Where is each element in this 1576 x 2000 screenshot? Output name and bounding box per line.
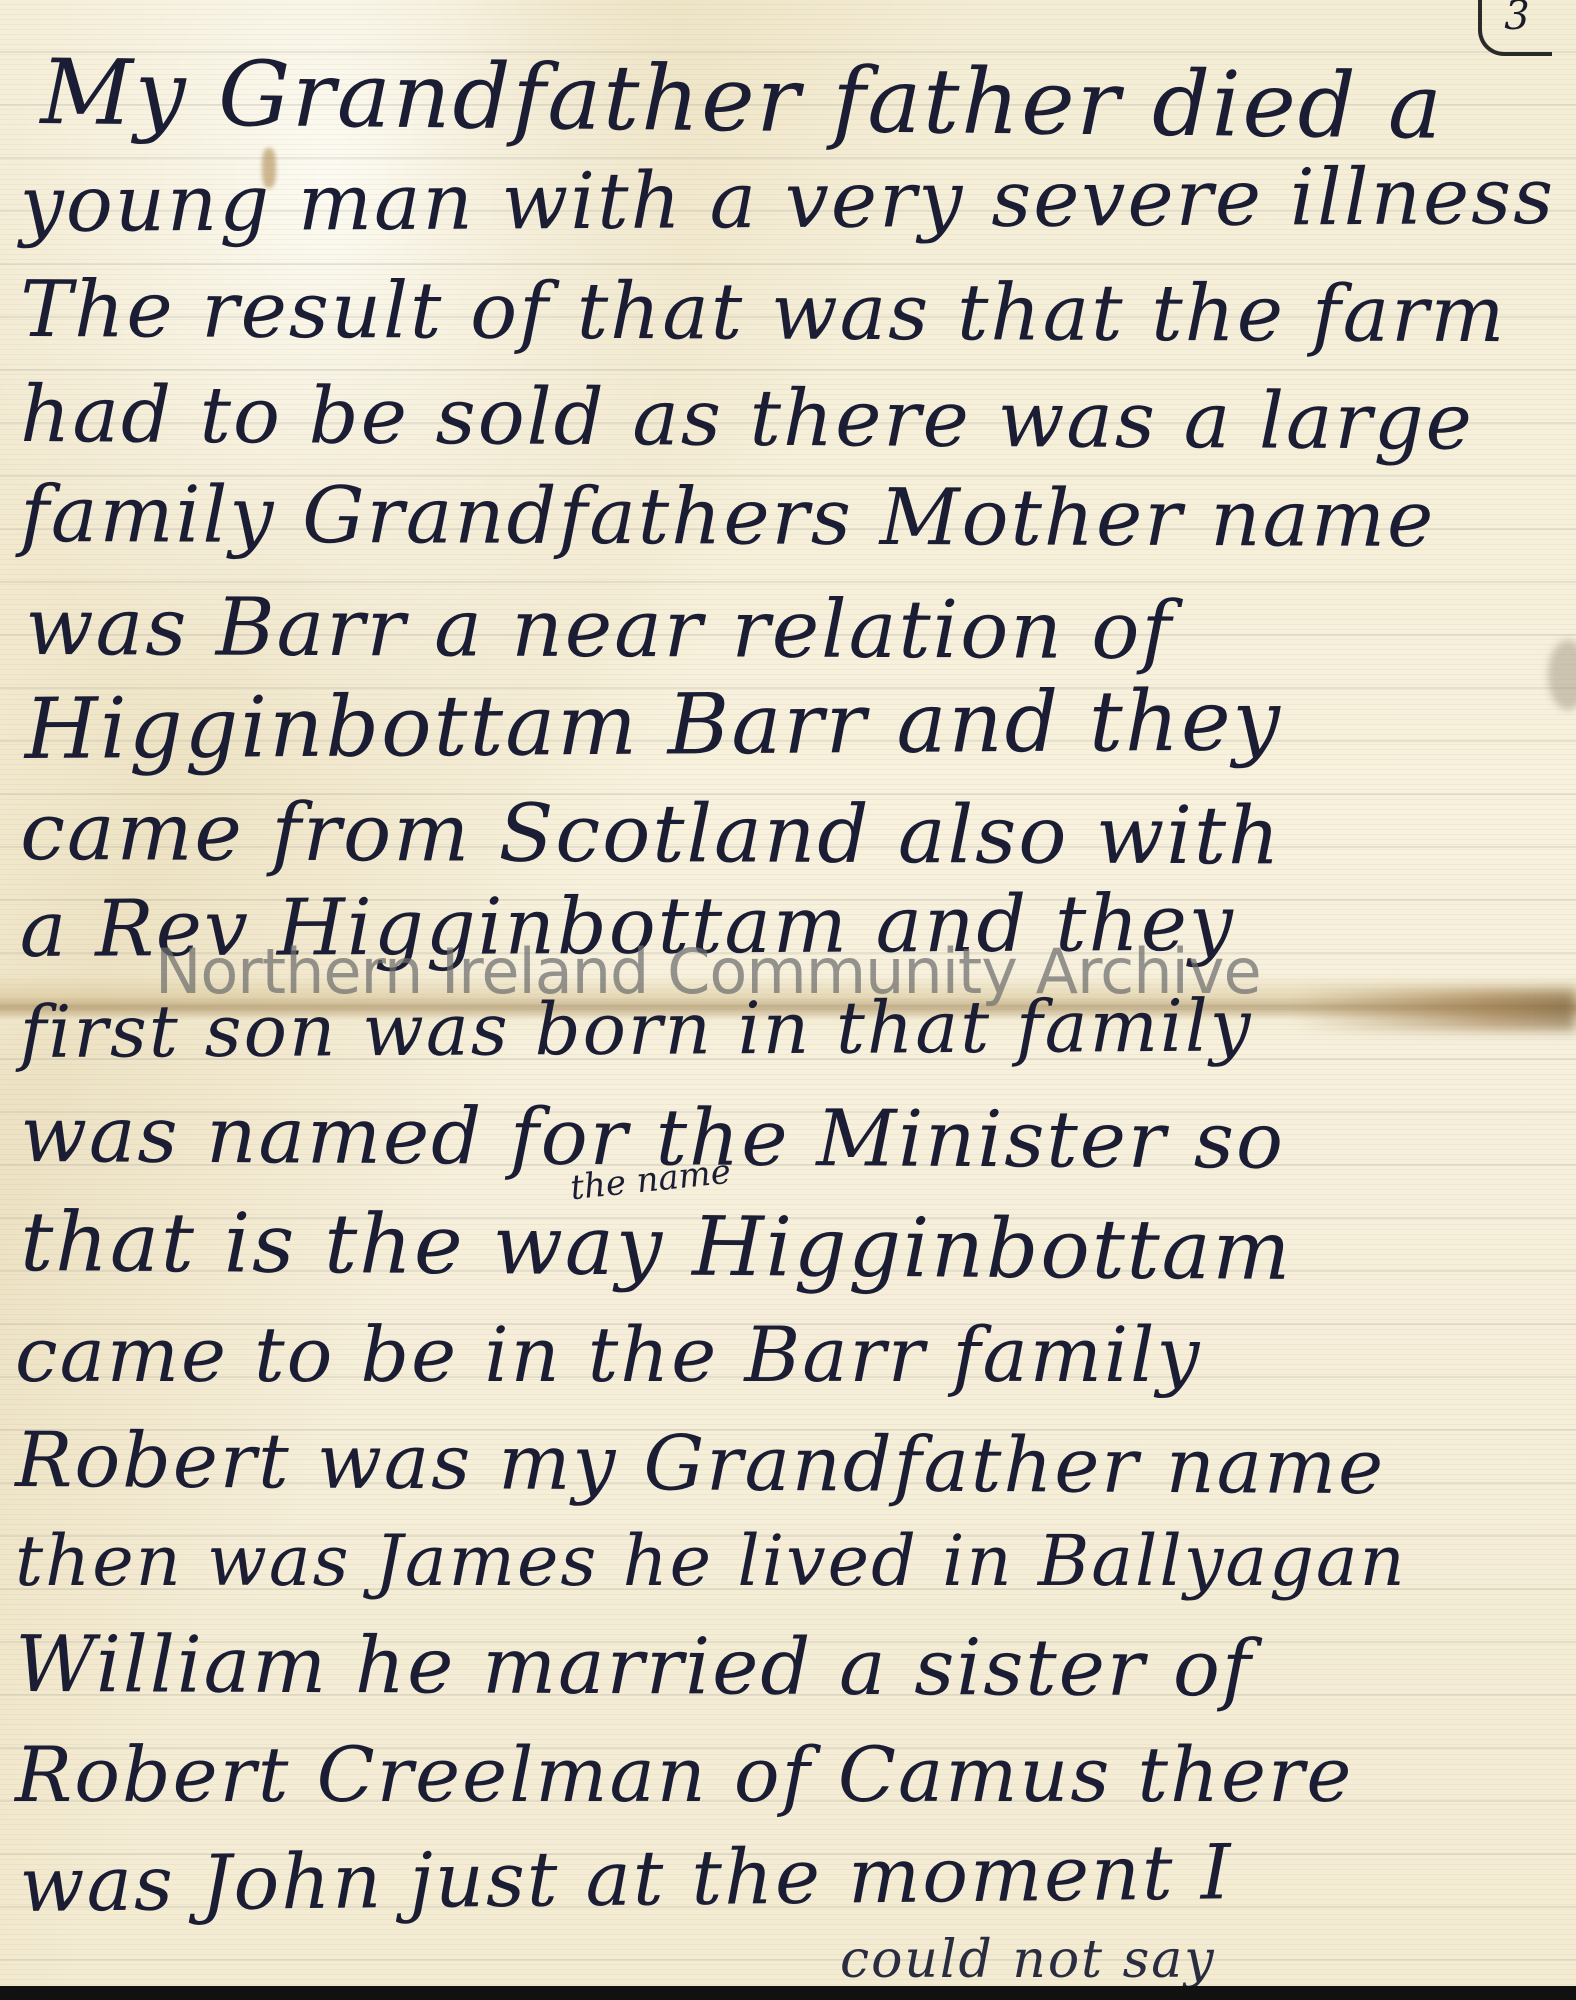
text-line: then was James he lived in Ballyagan [15, 1520, 1407, 1602]
text-line: first son was born in that family [20, 984, 1253, 1074]
text-line: Robert Creelman of Camus there [15, 1730, 1353, 1819]
text-line: family Grandfathers Mother name [20, 470, 1435, 565]
letter-page: 3 My Grandfather father died a young man… [0, 0, 1576, 2000]
handwritten-text: My Grandfather father died a young man w… [0, 0, 1576, 2000]
text-line: Robert was my Grandfather name [15, 1415, 1385, 1511]
text-line: came to be in the Barr family [15, 1310, 1201, 1399]
text-line: that is the way Higginbottam [20, 1195, 1293, 1299]
text-line: a Rev Higginbottam and they [20, 879, 1236, 975]
scan-edge [0, 1986, 1576, 2000]
text-line: young man with a very severe illness [20, 152, 1556, 250]
text-line: was Barr a near relation of [25, 580, 1173, 677]
text-line: had to be sold as there was a large [20, 370, 1474, 468]
text-line: The result of that was that the farm [20, 265, 1507, 360]
text-line: My Grandfather father died a [40, 40, 1444, 160]
text-line: came from Scotland also with [20, 785, 1282, 882]
text-line: William he married a sister of [15, 1620, 1253, 1714]
text-line: was John just at the moment I [19, 1827, 1233, 1929]
text-line: Higginbottam Barr and they [24, 671, 1282, 778]
closing-text: could not say [840, 1930, 1216, 1990]
